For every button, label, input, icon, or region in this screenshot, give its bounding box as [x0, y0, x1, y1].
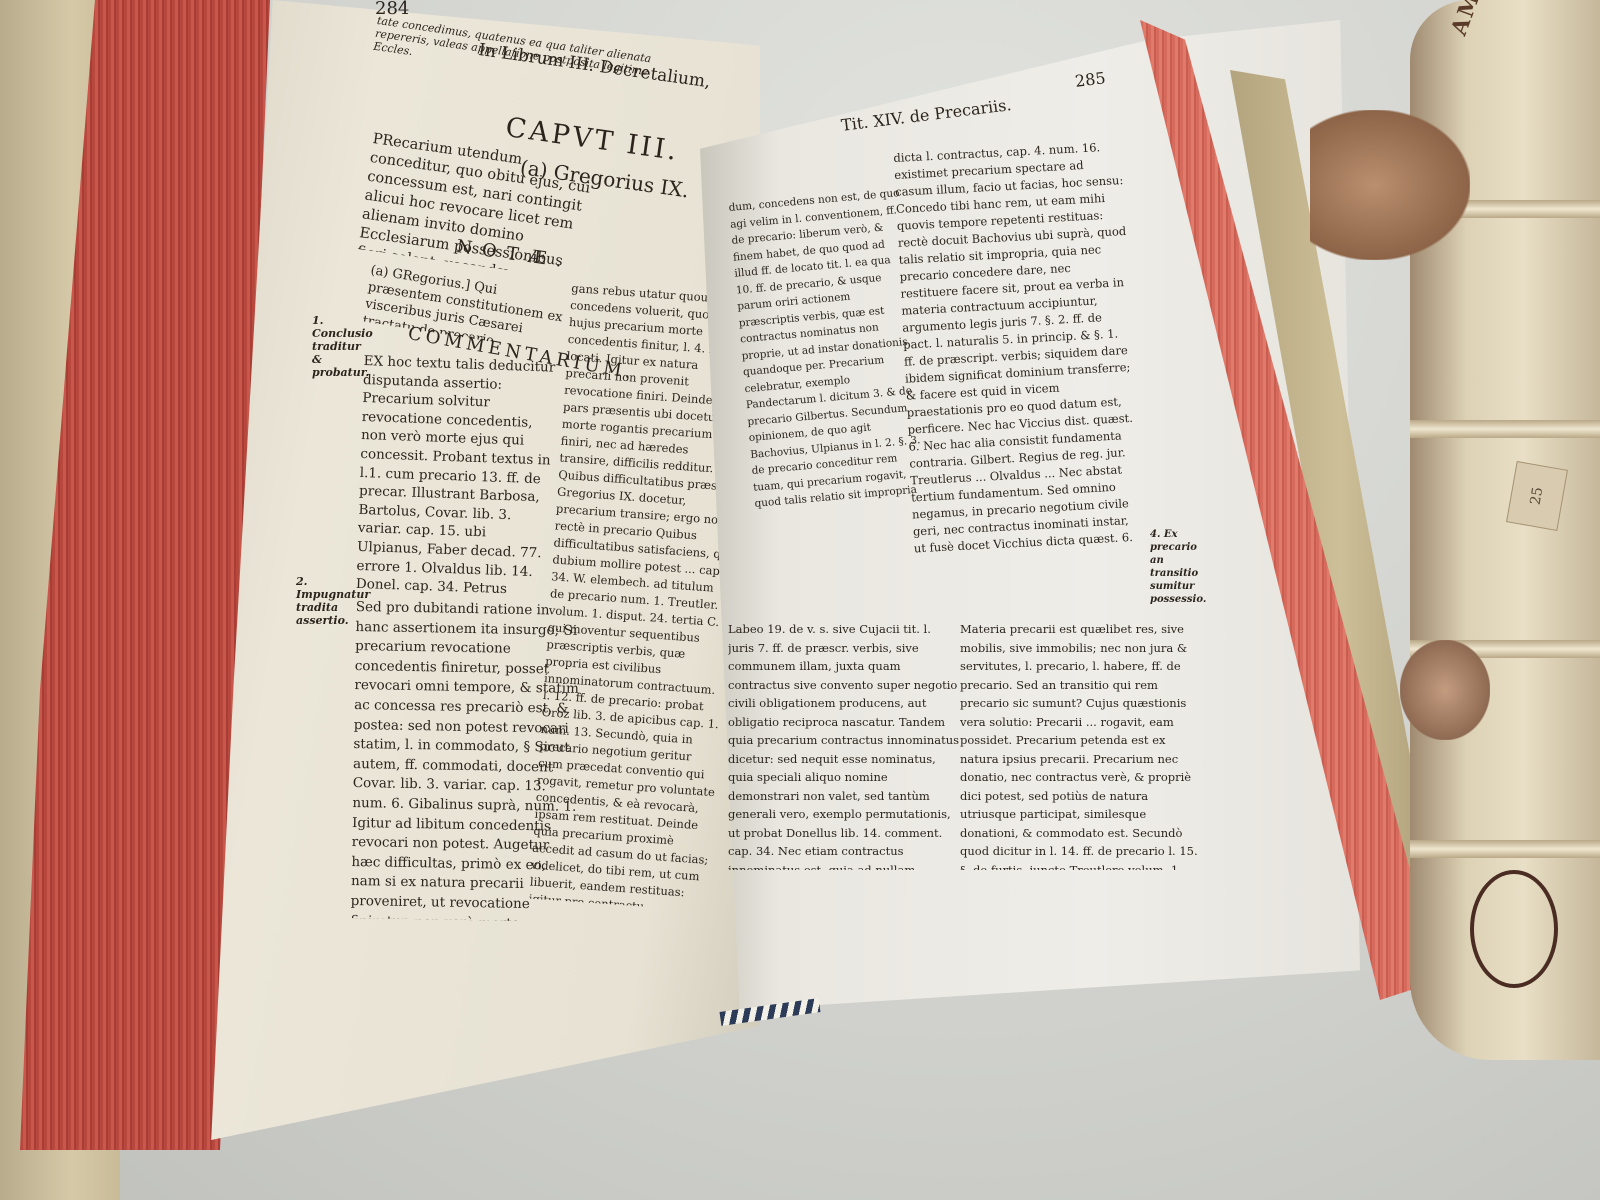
- leather-clasp-top: [1310, 110, 1470, 260]
- spine-title: AMMELIS: [1446, 0, 1518, 39]
- shelf-label: 25: [1506, 461, 1568, 531]
- right-page-number: 285: [1074, 68, 1107, 91]
- right-page-column-1-bottom: Labeo 19. de v. s. sive Cujacii tit. l. …: [728, 620, 960, 870]
- leather-clasp-bottom: [1400, 640, 1490, 740]
- ink-stamp-icon: [1470, 870, 1558, 988]
- right-margin-note: 4. Ex precario an transitio sumitur poss…: [1150, 528, 1210, 606]
- spine-band: [1410, 420, 1600, 438]
- spine-band: [1410, 840, 1600, 858]
- commentary-text: EX hoc textu talis deducitur disputanda …: [356, 352, 559, 599]
- right-page-column-2-bottom: Materia precarii est quælibet res, sive …: [960, 620, 1205, 870]
- right-page-column-2: dicta l. contractus, cap. 4. num. 16. ex…: [893, 138, 1144, 557]
